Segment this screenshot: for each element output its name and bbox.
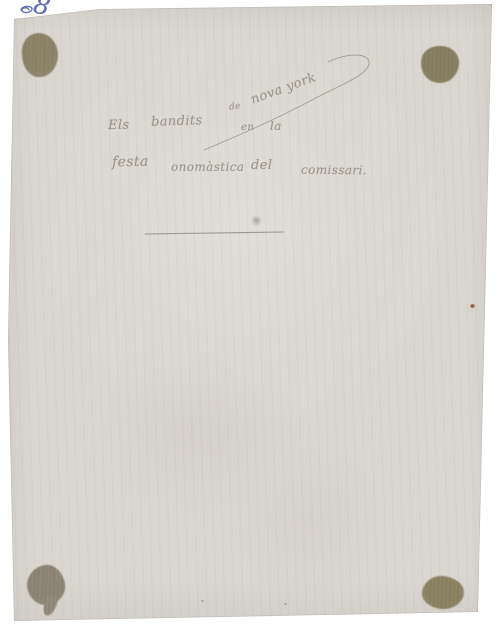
handwritten-word: la [270,119,282,133]
manuscript-photo: Els bandits de en la nova york festa ono… [0,0,500,634]
handwritten-word: comissari. [301,163,367,178]
pencil-underline [145,232,283,234]
handwritten-word: del [251,158,272,173]
glue-stain-top-left [20,31,60,79]
glue-stain-top-right [420,45,460,85]
pencil-smudge [251,215,262,226]
handwritten-inserted-phrase: nova york [249,70,318,107]
rust-speck [470,304,475,308]
handwritten-word: festa [112,154,149,171]
paper-sheet: Els bandits de en la nova york festa ono… [0,0,500,634]
glue-stain-bottom-right [421,575,465,610]
handwritten-word: bandits [151,113,203,130]
handwritten-word: Els [108,118,130,133]
handwritten-insertion-word: de [228,101,241,113]
paper-speck [284,603,287,605]
handwritten-word: en [241,122,254,133]
paper-speck [201,600,204,602]
handwritten-word: onomàstica [171,160,244,174]
